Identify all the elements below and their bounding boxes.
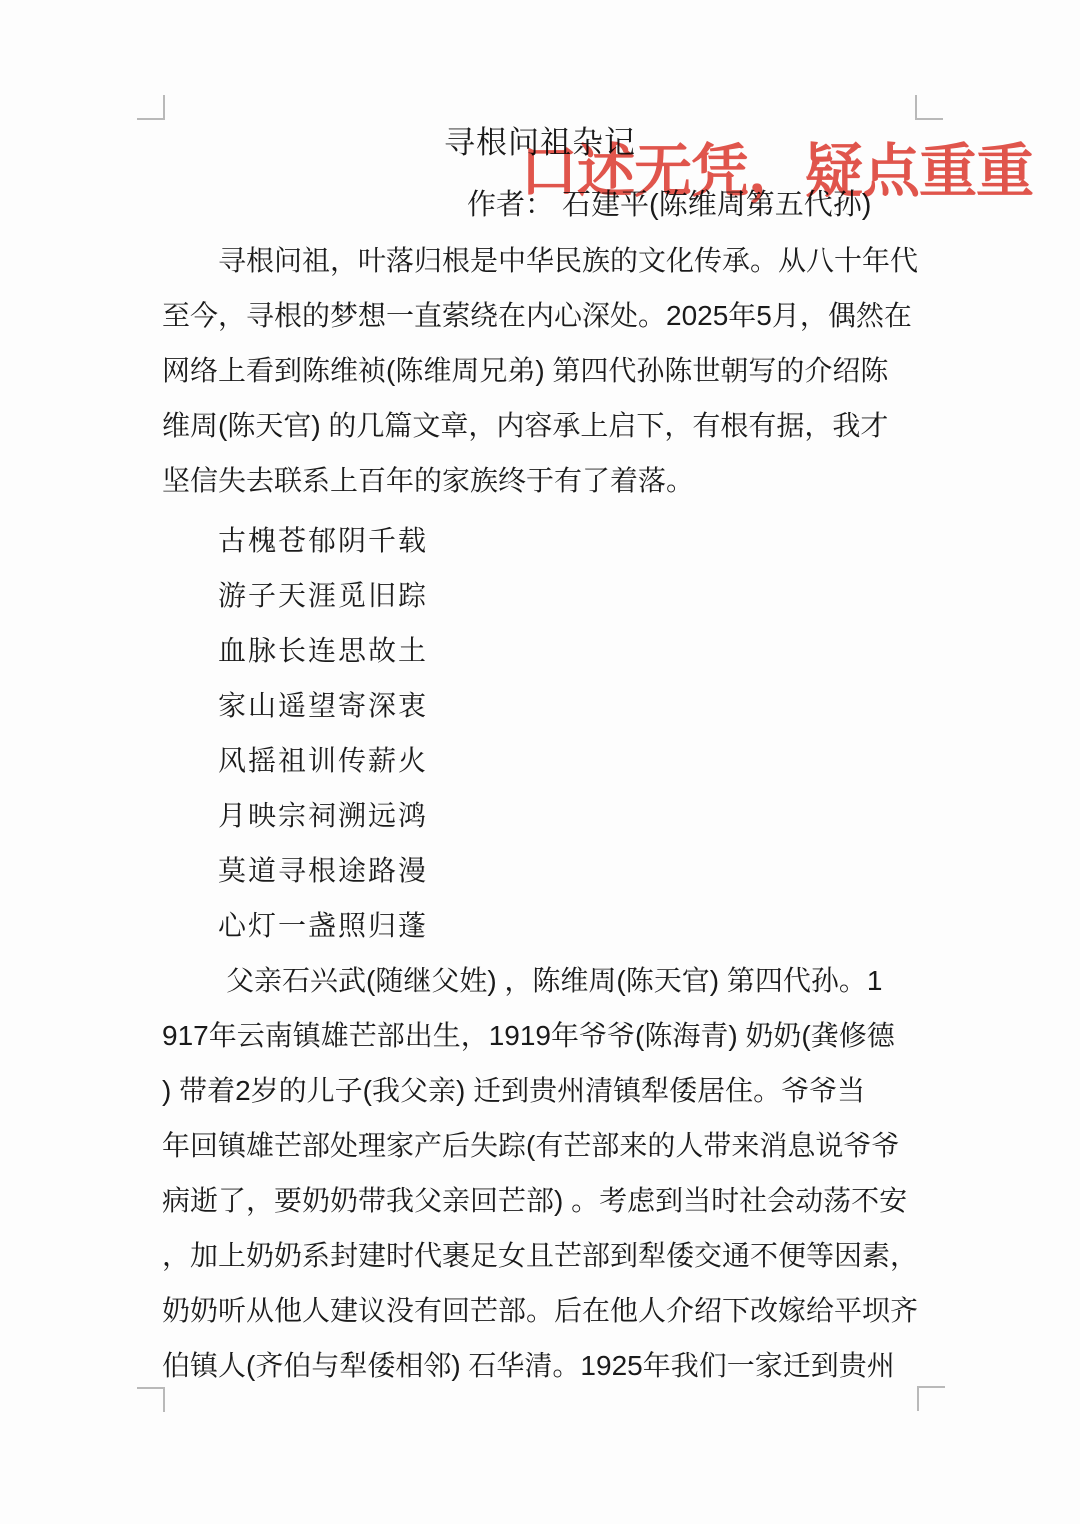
text-line: 病逝了，要奶奶带我父亲回芒部) 。考虑到当时社会动荡不安 — [162, 1173, 918, 1228]
document-body: 寻根问祖杂记 作者： 石建平(陈维周第五代孙) 寻根问祖，叶落归根是中华民族的文… — [162, 120, 918, 1393]
page-margin-mark-top-right — [915, 95, 943, 120]
poem-line: 游子天涯觅旧踪 — [162, 568, 918, 623]
paragraph-2: 父亲石兴武(随继父姓) ，陈维周(陈天官) 第四代孙。1 917年云南镇雄芒部出… — [162, 953, 918, 1393]
page-margin-mark-bottom-left — [137, 1387, 165, 1412]
poem-line: 风摇祖训传薪火 — [162, 733, 918, 788]
document-page: 寻根问祖杂记 作者： 石建平(陈维周第五代孙) 寻根问祖，叶落归根是中华民族的文… — [0, 0, 1080, 1524]
poem-line: 心灯一盏照归蓬 — [162, 898, 918, 953]
text-line: 奶奶听从他人建议没有回芒部。后在他人介绍下改嫁给平坝齐 — [162, 1283, 918, 1338]
poem-line: 月映宗祠溯远鸿 — [162, 788, 918, 843]
paragraph-1: 寻根问祖，叶落归根是中华民族的文化传承。从八十年代 至今，寻根的梦想一直萦绕在内… — [162, 233, 918, 508]
poem-line: 莫道寻根途路漫 — [162, 843, 918, 898]
text-line: 维周(陈天官) 的几篇文章，内容承上启下，有根有据，我才 — [162, 398, 918, 453]
text-line: 父亲石兴武(随继父姓) ，陈维周(陈天官) 第四代孙。1 — [162, 953, 918, 1008]
text-line: 寻根问祖，叶落归根是中华民族的文化传承。从八十年代 — [162, 233, 918, 288]
poem-line: 古槐苍郁阴千载 — [162, 513, 918, 568]
poem-block: 古槐苍郁阴千载 游子天涯觅旧踪 血脉长连思故土 家山遥望寄深衷 风摇祖训传薪火 … — [162, 513, 918, 953]
text-line: 917年云南镇雄芒部出生，1919年爷爷(陈海青) 奶奶(龚修德 — [162, 1008, 918, 1063]
page-margin-mark-bottom-right — [917, 1386, 945, 1411]
text-line: 坚信失去联系上百年的家族终于有了着落。 — [162, 453, 918, 508]
text-line: 至今，寻根的梦想一直萦绕在内心深处。2025年5月，偶然在 — [162, 288, 918, 343]
text-line: ，加上奶奶系封建时代裹足女且芒部到犁倭交通不便等因素， — [162, 1228, 918, 1283]
text-line: 网络上看到陈维祯(陈维周兄弟) 第四代孙陈世朝写的介绍陈 — [162, 343, 918, 398]
poem-line: 血脉长连思故土 — [162, 623, 918, 678]
poem-line: 家山遥望寄深衷 — [162, 678, 918, 733]
text-line: 年回镇雄芒部处理家产后失踪(有芒部来的人带来消息说爷爷 — [162, 1118, 918, 1173]
page-margin-mark-top-left — [137, 95, 165, 120]
watermark-stamp-text: 口述无凭，疑点重重 — [520, 136, 1033, 208]
text-line: ) 带着2岁的儿子(我父亲) 迁到贵州清镇犁倭居住。爷爷当 — [162, 1063, 918, 1118]
text-line: 伯镇人(齐伯与犁倭相邻) 石华清。1925年我们一家迁到贵州 — [162, 1338, 918, 1393]
